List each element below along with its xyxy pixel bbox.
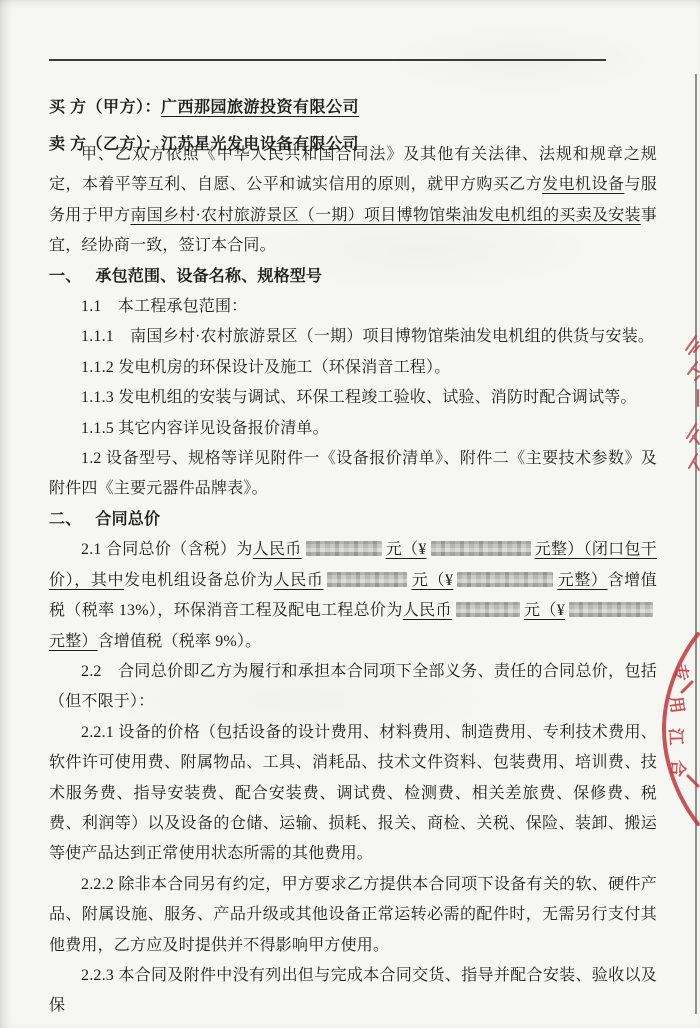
clause-1-2: 1.2 设备型号、规格等详见附件一《设备报价清单》、附件二《主要技术参数》及附件… <box>49 444 657 505</box>
page-edge-line <box>695 74 697 1014</box>
section-2-number: 二、 <box>49 511 81 528</box>
contract-body: 甲、乙双方依照《中华人民共和国合同法》及其他有关法律、法规和规章之规定，本着平等… <box>49 140 657 1022</box>
redacted-amount-genset-cn <box>327 572 407 587</box>
clause-2-2-2: 2.2.2 除非本合同另有约定，甲方要求乙方提供本合同项下设备有关的软、硬件产品… <box>49 870 657 961</box>
clause-2-2: 2.2 合同总价即乙方为履行和承担本合同项下全部义务、责任的合同总价，包括（但不… <box>49 657 657 718</box>
contract-page: 买 方（甲方）：广西那园旅游投资有限公司 卖 方（乙方）：江苏星光发电设备有限公… <box>0 0 700 1028</box>
redacted-amount-total-cn <box>306 541 382 556</box>
section-1-heading: 一、承包范围、设备名称、规格型号 <box>49 262 657 292</box>
clause-2-2-1: 2.2.1 设备的价格（包括设备的设计费用、材料费用、制造费用、专利技术费用、软… <box>49 718 657 870</box>
stamp-char: 江 <box>665 728 691 746</box>
preamble-paragraph: 甲、乙双方依照《中华人民共和国合同法》及其他有关法律、法规和规章之规定，本着平等… <box>49 140 657 262</box>
stamp-fragment-upper <box>682 328 700 484</box>
redacted-amount-env-cn <box>456 602 520 617</box>
preamble-underlined-equipment: 发电机设备 <box>542 176 624 193</box>
redacted-amount-total-num <box>431 541 531 556</box>
clause-1-1-5: 1.1.5 其它内容详见设备报价清单。 <box>49 414 657 444</box>
header-rule <box>49 59 606 61</box>
clause-2-1: 2.1 合同总价（含税）为人民币元（¥元整）（闭口包干价），其中发电机组设备总价… <box>49 535 657 657</box>
buyer-name: 广西那园旅游投资有限公司 <box>161 99 359 116</box>
preamble-underlined-project: 南国乡村·农村旅游景区（一期）项目博物馆柴油发电机组的买卖及安装 <box>130 207 640 224</box>
section-1-number: 一、 <box>49 268 81 285</box>
clause-2-2-3: 2.2.3 本合同及附件中没有列出但与完成本合同交货、指导并配合安装、验收以及保 <box>49 961 657 1022</box>
buyer-label: 买 方（甲方）： <box>49 99 161 116</box>
section-2-title: 合同总价 <box>95 511 160 528</box>
redacted-amount-env-num <box>569 602 653 617</box>
stamp-char: 用 <box>665 694 692 714</box>
stamp-char: 合 <box>666 759 692 778</box>
clause-1-1: 1.1 本工程承包范围： <box>49 292 657 322</box>
clause-1-1-2: 1.1.2 发电机房的环保设计及施工（环保消音工程）。 <box>49 353 657 383</box>
price-genset-underline: 人民币元（¥元整） <box>274 572 608 589</box>
stamp-fragment-lower: 专 用 江 合 <box>652 628 700 830</box>
buyer-line: 买 方（甲方）：广西那园旅游投资有限公司 <box>49 94 659 117</box>
section-2-heading: 二、合同总价 <box>49 505 657 535</box>
clause-1-1-1: 1.1.1 南国乡村·农村旅游景区（一期）项目博物馆柴油发电机组的供货与安装。 <box>49 322 657 352</box>
redacted-amount-genset-num <box>457 572 553 587</box>
section-1-title: 承包范围、设备名称、规格型号 <box>95 268 322 285</box>
clause-1-1-3: 1.1.3 发电机组的安装与调试、环保工程竣工验收、试验、消防时配合调试等。 <box>49 383 657 413</box>
